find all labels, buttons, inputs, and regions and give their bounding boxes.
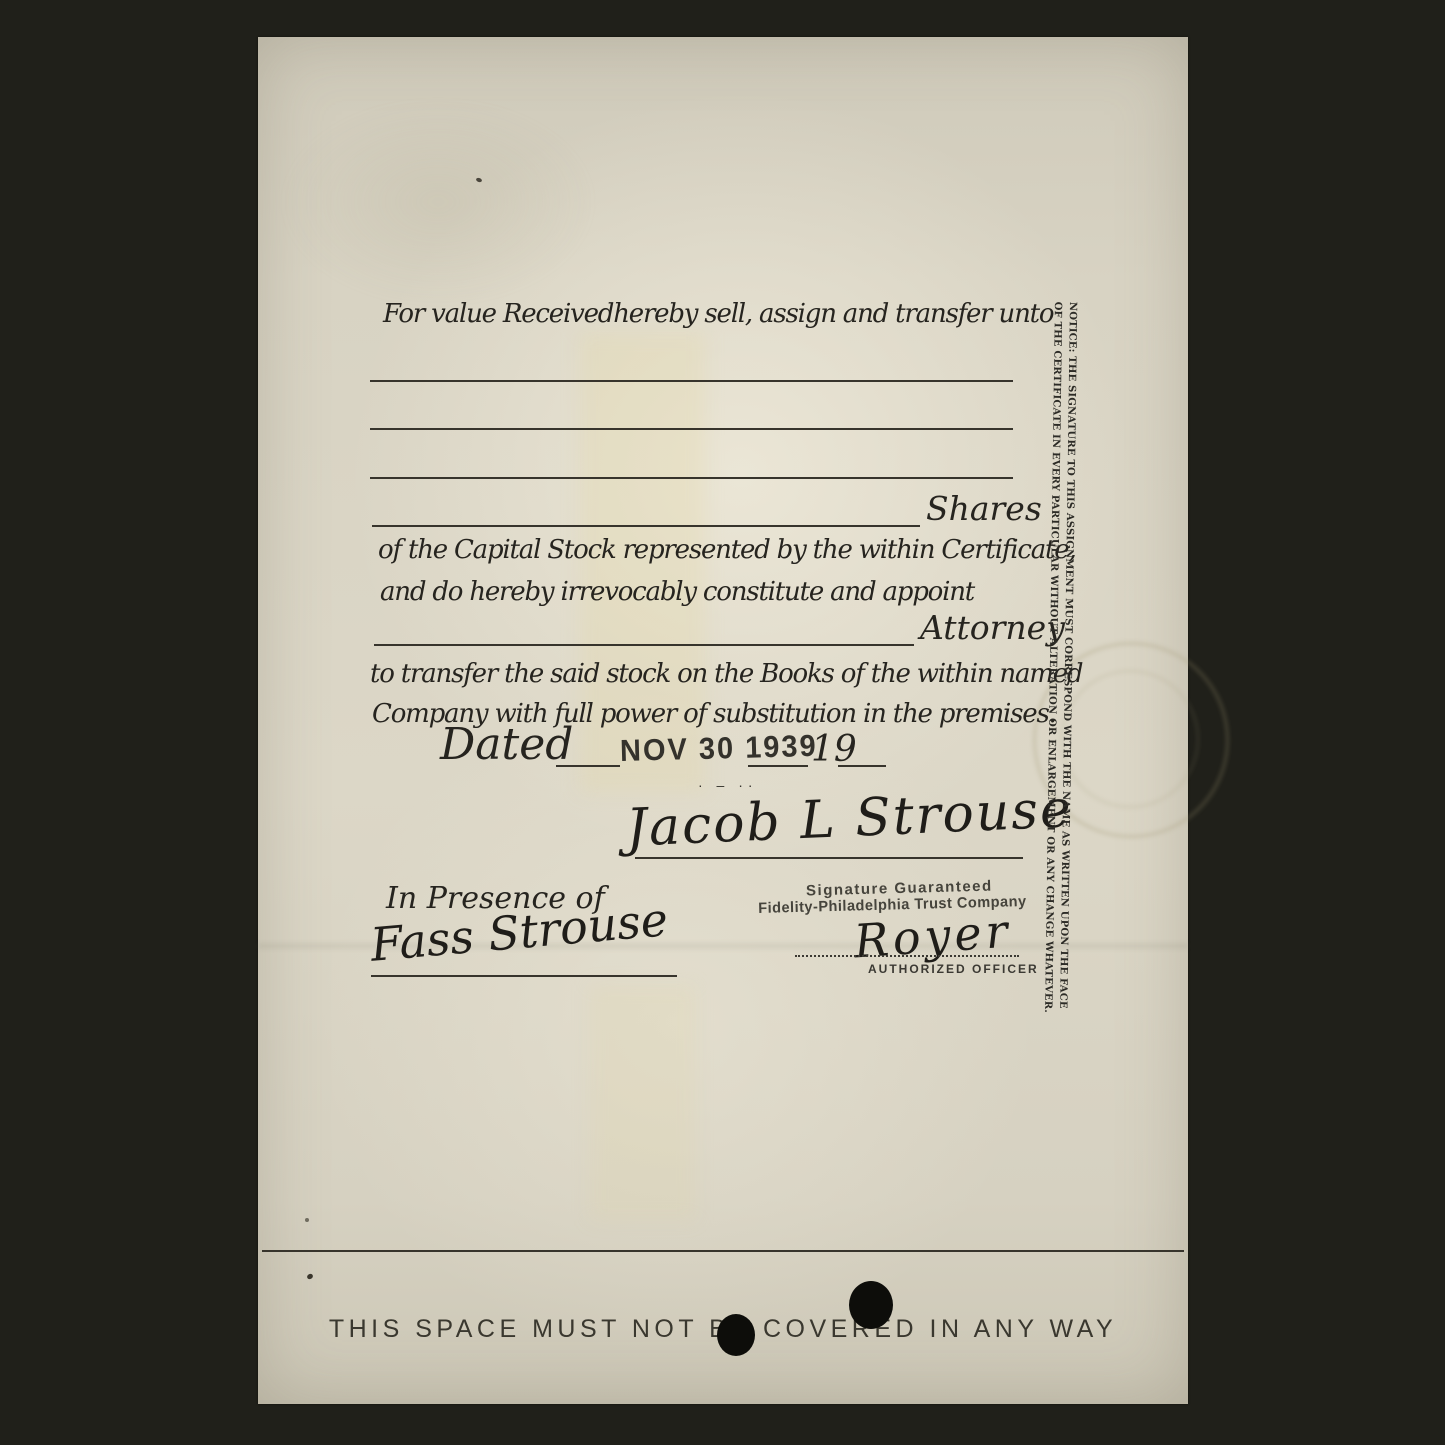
authorized-officer-dotted-line bbox=[795, 955, 1019, 957]
yellow-tint-band-lower bbox=[590, 985, 695, 1220]
appoint-line: and do hereby irrevocably constitute and… bbox=[380, 577, 974, 607]
transfer-books-line: to transfer the said stock on the Books … bbox=[370, 659, 1082, 689]
certificate-back-paper: For value Received hereby sell, assign a… bbox=[258, 37, 1188, 1404]
dated-line-segment-3 bbox=[838, 765, 886, 767]
showthrough-top-left bbox=[278, 97, 598, 307]
authorized-officer-signature: Royer bbox=[852, 904, 1013, 969]
date-stamp: NOV 30 1939 bbox=[620, 730, 819, 770]
punch-hole-left bbox=[717, 1314, 755, 1356]
transferee-blank-line-2 bbox=[370, 428, 1013, 430]
assignment-opening-line: For value Received hereby sell, assign a… bbox=[383, 299, 1025, 329]
dated-line-segment-2 bbox=[748, 765, 808, 767]
shares-label: Shares bbox=[926, 489, 1042, 528]
year-prefix: 19 bbox=[811, 729, 857, 770]
transferee-blank-line-3 bbox=[370, 477, 1013, 479]
shares-blank-line bbox=[372, 525, 920, 527]
punch-hole-right bbox=[849, 1281, 893, 1329]
witness-signature-line bbox=[371, 975, 677, 977]
for-value-received-text: For value Received bbox=[383, 299, 613, 329]
attorney-label: Attorney bbox=[920, 608, 1065, 647]
embossed-seal-ghost-inner bbox=[1061, 670, 1199, 808]
stamp-stray-dots: · – ·· bbox=[698, 777, 758, 793]
scan-background: For value Received hereby sell, assign a… bbox=[0, 0, 1445, 1445]
margin-notice: NOTICE: THE SIGNATURE TO THIS ASSIGNMENT… bbox=[1041, 302, 1080, 957]
paper-speck-left-upper bbox=[305, 1218, 309, 1222]
paper-speck-left-lower bbox=[306, 1273, 314, 1280]
capital-stock-line: of the Capital Stock represented by the … bbox=[378, 535, 1076, 565]
footer-rule bbox=[262, 1250, 1184, 1252]
attorney-blank-line bbox=[374, 644, 914, 646]
dated-line-segment-1 bbox=[556, 765, 620, 767]
principal-signature-line bbox=[635, 857, 1023, 859]
transferee-blank-line-1 bbox=[370, 380, 1013, 382]
dated-label: Dated bbox=[440, 719, 573, 770]
authorized-officer-title: Authorized Officer bbox=[868, 962, 1039, 976]
sell-assign-transfer-text: hereby sell, assign and transfer unto bbox=[613, 299, 1053, 329]
